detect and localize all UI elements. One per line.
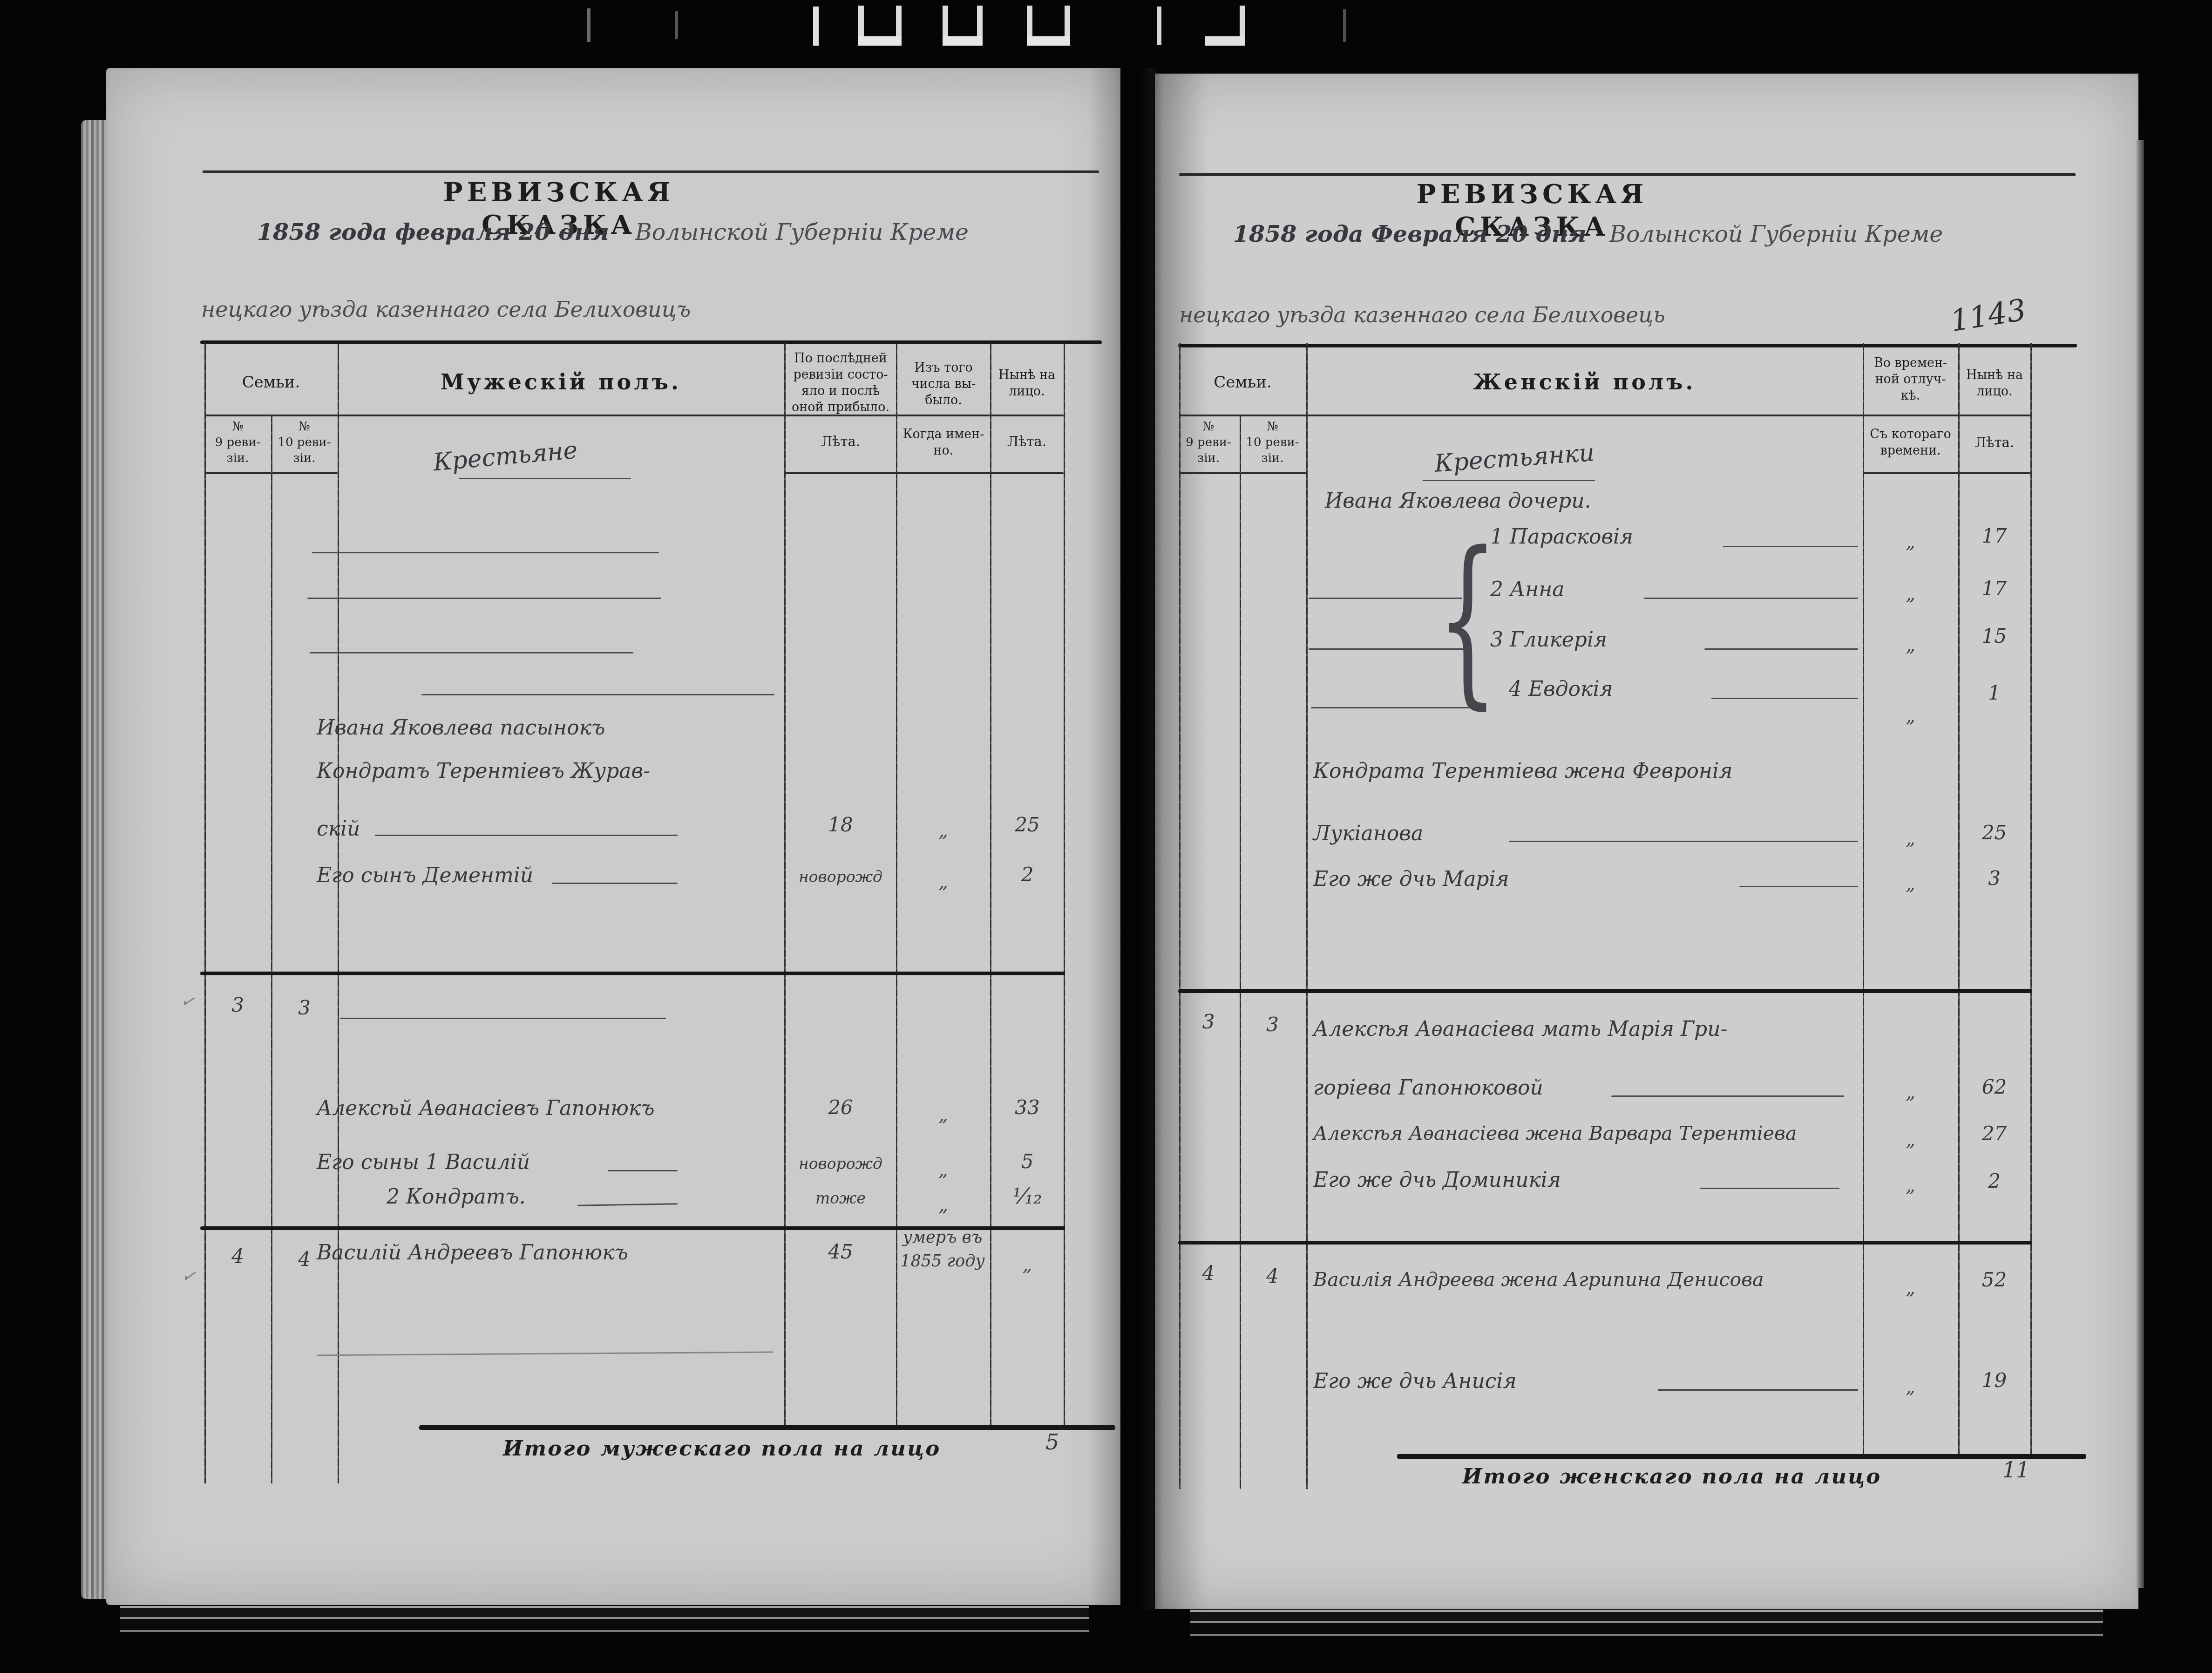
ditto-mark: „ — [1864, 1276, 1957, 1299]
daughter-number: 2 — [1490, 578, 1503, 601]
family-number-rev10: 3 — [272, 996, 337, 1020]
rp-date-prefix: 1858 года Февраля 20 дня — [1233, 220, 1586, 247]
rp-col-rev10: № 10 реви- зіи. — [1241, 419, 1304, 466]
entry-age: 15 — [1959, 624, 2029, 649]
entry-age: 27 — [1959, 1122, 2029, 1146]
entry-age-prev: новорожд — [787, 867, 894, 886]
entry-age: 17 — [1959, 577, 2029, 601]
entry-age-now: 5 — [992, 1149, 1063, 1174]
entry-text: Его сыны 1 Василій — [317, 1149, 530, 1175]
family-number-rev9: 4 — [1179, 1261, 1238, 1286]
rp-vline-3 — [1306, 343, 1308, 1489]
rp-header-rule — [1178, 344, 2077, 347]
ditto-mark: „ — [1864, 582, 1957, 605]
family-divider — [1178, 1241, 2032, 1245]
entry-line — [552, 883, 678, 884]
film-frame-counter — [559, 2, 1397, 52]
rp-total-rule — [1397, 1454, 2086, 1459]
bottom-page-edges-right — [1190, 1610, 2103, 1656]
lp-col-now: Нынѣ на лицо. — [991, 367, 1063, 400]
entry-age-prev: 45 — [787, 1240, 894, 1265]
rp-col-since: Съ котораго времени. — [1864, 426, 1957, 459]
rp-vline-2 — [1240, 415, 1241, 1489]
family-divider — [1178, 989, 2032, 993]
lp-col-rev10: № 10 реви- зіи. — [272, 419, 337, 466]
daughter-number: 4 — [1509, 677, 1522, 701]
ditto-mark: „ — [1864, 1174, 1957, 1197]
ditto-mark: „ — [898, 1103, 989, 1126]
entry-line — [1700, 1188, 1839, 1189]
daughter-name: Анна — [1510, 578, 1565, 601]
book-gutter-shadow — [1089, 68, 1208, 1610]
entry-age-now: 2 — [992, 863, 1063, 887]
entry-text: Ивана Яковлева пасынокъ — [317, 715, 605, 741]
lp-col-lastrev: По послѣдней ревизіи состо- яло и послѣ … — [787, 350, 894, 415]
daughter-entry: 3 Гликерія — [1490, 627, 1607, 653]
lp-vline-7 — [1064, 343, 1065, 1428]
entry-text: Лукіанова — [1313, 821, 1423, 846]
entry-age: 3 — [1959, 866, 2029, 891]
ditto-mark: „ — [1864, 1128, 1957, 1151]
daughter-entry: 1 Парасковія — [1490, 524, 1633, 550]
entry-text: Кондратъ Терентіевъ Журав- — [317, 758, 650, 784]
entry-line — [1704, 648, 1858, 650]
blank-entry-line — [310, 652, 633, 653]
ditto-mark: „ — [1864, 704, 1957, 728]
rp-subheader-script: нецкаго уѣзда казеннаго села Белиховець — [1179, 302, 1665, 329]
entry-line — [1658, 1389, 1858, 1391]
entry-age: 19 — [1959, 1368, 2029, 1393]
entry-line — [1711, 698, 1858, 699]
entry-text: Ивана Яковлева дочери. — [1325, 488, 1591, 514]
ditto-mark: „ — [1864, 1375, 1957, 1398]
entry-text: Его же дчь Доминикія — [1313, 1167, 1561, 1193]
lp-vline-2 — [271, 415, 272, 1483]
lp-group-underline — [459, 478, 631, 479]
entry-age-prev: 18 — [787, 813, 894, 837]
lp-top-border — [203, 170, 1099, 173]
microfilm-scan: РЕВИЗСКАЯ СКАЗКА 1858 года февраля 20 дн… — [0, 0, 2212, 1673]
entry-text: 2 Кондратъ. — [387, 1184, 526, 1210]
ditto-mark: „ — [1864, 633, 1957, 657]
entry-age: 62 — [1959, 1075, 2029, 1100]
blank-entry-line — [340, 1018, 666, 1019]
lp-total-value: 5 — [1045, 1429, 1059, 1456]
blank-entry-line — [1309, 648, 1465, 650]
daughter-entry: 4 Евдокія — [1509, 676, 1613, 702]
rp-col-now: Нынѣ на лицо. — [1960, 367, 2029, 400]
entry-line — [1739, 886, 1858, 887]
blank-entry-line — [307, 598, 661, 599]
lp-vline-6 — [990, 343, 991, 1428]
rp-vline-1 — [1179, 343, 1181, 1489]
entry-age-prev: 26 — [787, 1095, 894, 1120]
blank-entry-line — [312, 552, 659, 553]
lp-subheader-script: нецкаго уѣзда казеннаго села Белиховицъ — [201, 296, 691, 323]
entry-age-prev: новорожд — [787, 1154, 894, 1173]
family-number-rev10: 4 — [1241, 1264, 1304, 1289]
rp-total-value: 11 — [2002, 1457, 2030, 1484]
rp-col-family: Семьи. — [1179, 373, 1306, 393]
family-number-rev9: 3 — [205, 993, 270, 1018]
right-page-edge — [2137, 140, 2144, 1588]
family-number-rev9: 3 — [1179, 1010, 1238, 1034]
lp-subheader-rule-b — [784, 472, 1064, 474]
ditto-mark: „ — [992, 1253, 1063, 1276]
bottom-page-edges-left — [120, 1606, 1089, 1658]
family-number-rev9: 4 — [205, 1245, 270, 1269]
rp-date-line: 1858 года Февраля 20 дня Волынской Губер… — [1233, 220, 2081, 248]
daughter-name: Парасковія — [1510, 525, 1633, 549]
blank-entry-line — [421, 694, 774, 695]
entry-age: 17 — [1959, 524, 2029, 549]
entry-line — [1644, 598, 1858, 599]
lp-header-rule2 — [204, 415, 1064, 416]
ditto-mark: „ — [1864, 827, 1957, 850]
entry-text: Алексѣя Аѳанасіева жена Варвара Терентіе… — [1313, 1122, 1797, 1145]
blank-entry-line — [1309, 598, 1462, 599]
lp-col-rev9: № 9 реви- зіи. — [205, 419, 270, 466]
entry-line — [1723, 546, 1858, 547]
entry-text: Его же дчь Марія — [1313, 866, 1509, 892]
daughter-entry: 2 Анна — [1490, 577, 1565, 602]
entry-text: Алексѣй Аѳанасіевъ Гапонюкъ — [317, 1095, 655, 1121]
lp-col-years2: Лѣта. — [991, 433, 1063, 450]
blank-entry-line — [1311, 707, 1469, 708]
entry-age: 52 — [1959, 1268, 2029, 1292]
ditto-mark: „ — [898, 870, 989, 893]
rp-col-years: Лѣта. — [1960, 434, 2029, 451]
lp-col-when: Когда имен- но. — [898, 426, 989, 459]
lp-total-label: Итого мужескаго пола на лицо — [503, 1435, 941, 1462]
lp-date-script: Волынской Губерніи Креме — [635, 219, 969, 245]
daughter-number: 1 — [1490, 525, 1503, 549]
lp-vline-1 — [204, 343, 206, 1483]
death-note: умеръ въ 1855 году — [896, 1226, 989, 1273]
family-number-rev10: 3 — [1241, 1013, 1304, 1037]
entry-text: Кондрата Терентіева жена Февронія — [1313, 758, 1732, 784]
entry-text: Василія Андреева жена Агрипина Денисова — [1313, 1268, 1764, 1292]
ditto-mark: „ — [898, 819, 989, 842]
lp-date-prefix: 1858 года февраля 20 дня — [257, 218, 609, 245]
pencil-check-mark: ✓ — [180, 1265, 197, 1288]
daughter-name: Гликерія — [1510, 628, 1607, 652]
grouping-brace: { — [1437, 512, 1498, 726]
rp-top-border — [1179, 173, 2076, 176]
rp-date-script: Волынской Губерніи Креме — [1609, 221, 1943, 247]
rp-col-absence: Во времен- ной отлуч- кѣ. — [1864, 355, 1957, 404]
entry-text: Алексѣя Аѳанасіева мать Марія Гри- — [1313, 1016, 1727, 1042]
entry-age: 25 — [1959, 821, 2029, 845]
rp-vline-6 — [2030, 343, 2032, 1458]
entry-text: горіева Гапонюковой — [1313, 1075, 1543, 1101]
lp-date-line: 1858 года февраля 20 дня Волынской Губер… — [257, 218, 1114, 246]
entry-text: скій — [317, 816, 360, 842]
rp-col-sex: Женскій полъ. — [1306, 369, 1863, 396]
lp-col-departed: Изъ того числа вы- было. — [898, 360, 989, 408]
entry-line — [1611, 1095, 1844, 1097]
entry-text: Его сынъ Дементій — [317, 863, 533, 888]
lp-header-rule — [200, 340, 1102, 344]
lp-col-family: Семьи. — [204, 373, 338, 393]
ditto-mark: „ — [898, 1193, 989, 1217]
daughter-number: 3 — [1490, 628, 1503, 652]
rp-total-label: Итого женскаго пола на лицо — [1462, 1463, 1881, 1489]
lp-col-years1: Лѣта. — [787, 433, 894, 450]
entry-age: 1 — [1959, 681, 2029, 706]
family-divider — [200, 972, 1065, 975]
lp-col-sex: Мужескій полъ. — [338, 369, 784, 396]
daughter-name: Евдокія — [1528, 677, 1613, 701]
entry-age-now-fraction: ¹⁄₁₂ — [992, 1183, 1063, 1210]
ditto-mark: „ — [898, 1158, 989, 1181]
entry-line — [1509, 841, 1858, 842]
rp-group-underline — [1423, 480, 1595, 481]
ditto-mark: „ — [1864, 530, 1957, 553]
lp-vline-4 — [784, 343, 786, 1428]
entry-age: 2 — [1959, 1169, 2029, 1194]
rp-subheader-rule-a — [1179, 472, 1306, 474]
entry-age-now: 25 — [992, 813, 1063, 837]
entry-text: Его же дчь Анисія — [1313, 1368, 1517, 1394]
entry-age-now: 33 — [992, 1095, 1063, 1120]
left-page-edge-stack — [81, 120, 107, 1599]
ditto-mark: „ — [1864, 1081, 1957, 1104]
entry-line — [375, 835, 678, 836]
rp-subheader-rule-b — [1863, 472, 2030, 474]
entry-text: Василій Андреевъ Гапонюкъ — [317, 1240, 628, 1265]
ditto-mark: „ — [1864, 872, 1957, 895]
rp-col-rev9: № 9 реви- зіи. — [1179, 419, 1238, 466]
lp-vline-3 — [338, 343, 339, 1483]
lp-total-rule — [419, 1425, 1115, 1430]
entry-age-prev: тоже — [787, 1189, 894, 1208]
entry-line — [608, 1170, 678, 1171]
